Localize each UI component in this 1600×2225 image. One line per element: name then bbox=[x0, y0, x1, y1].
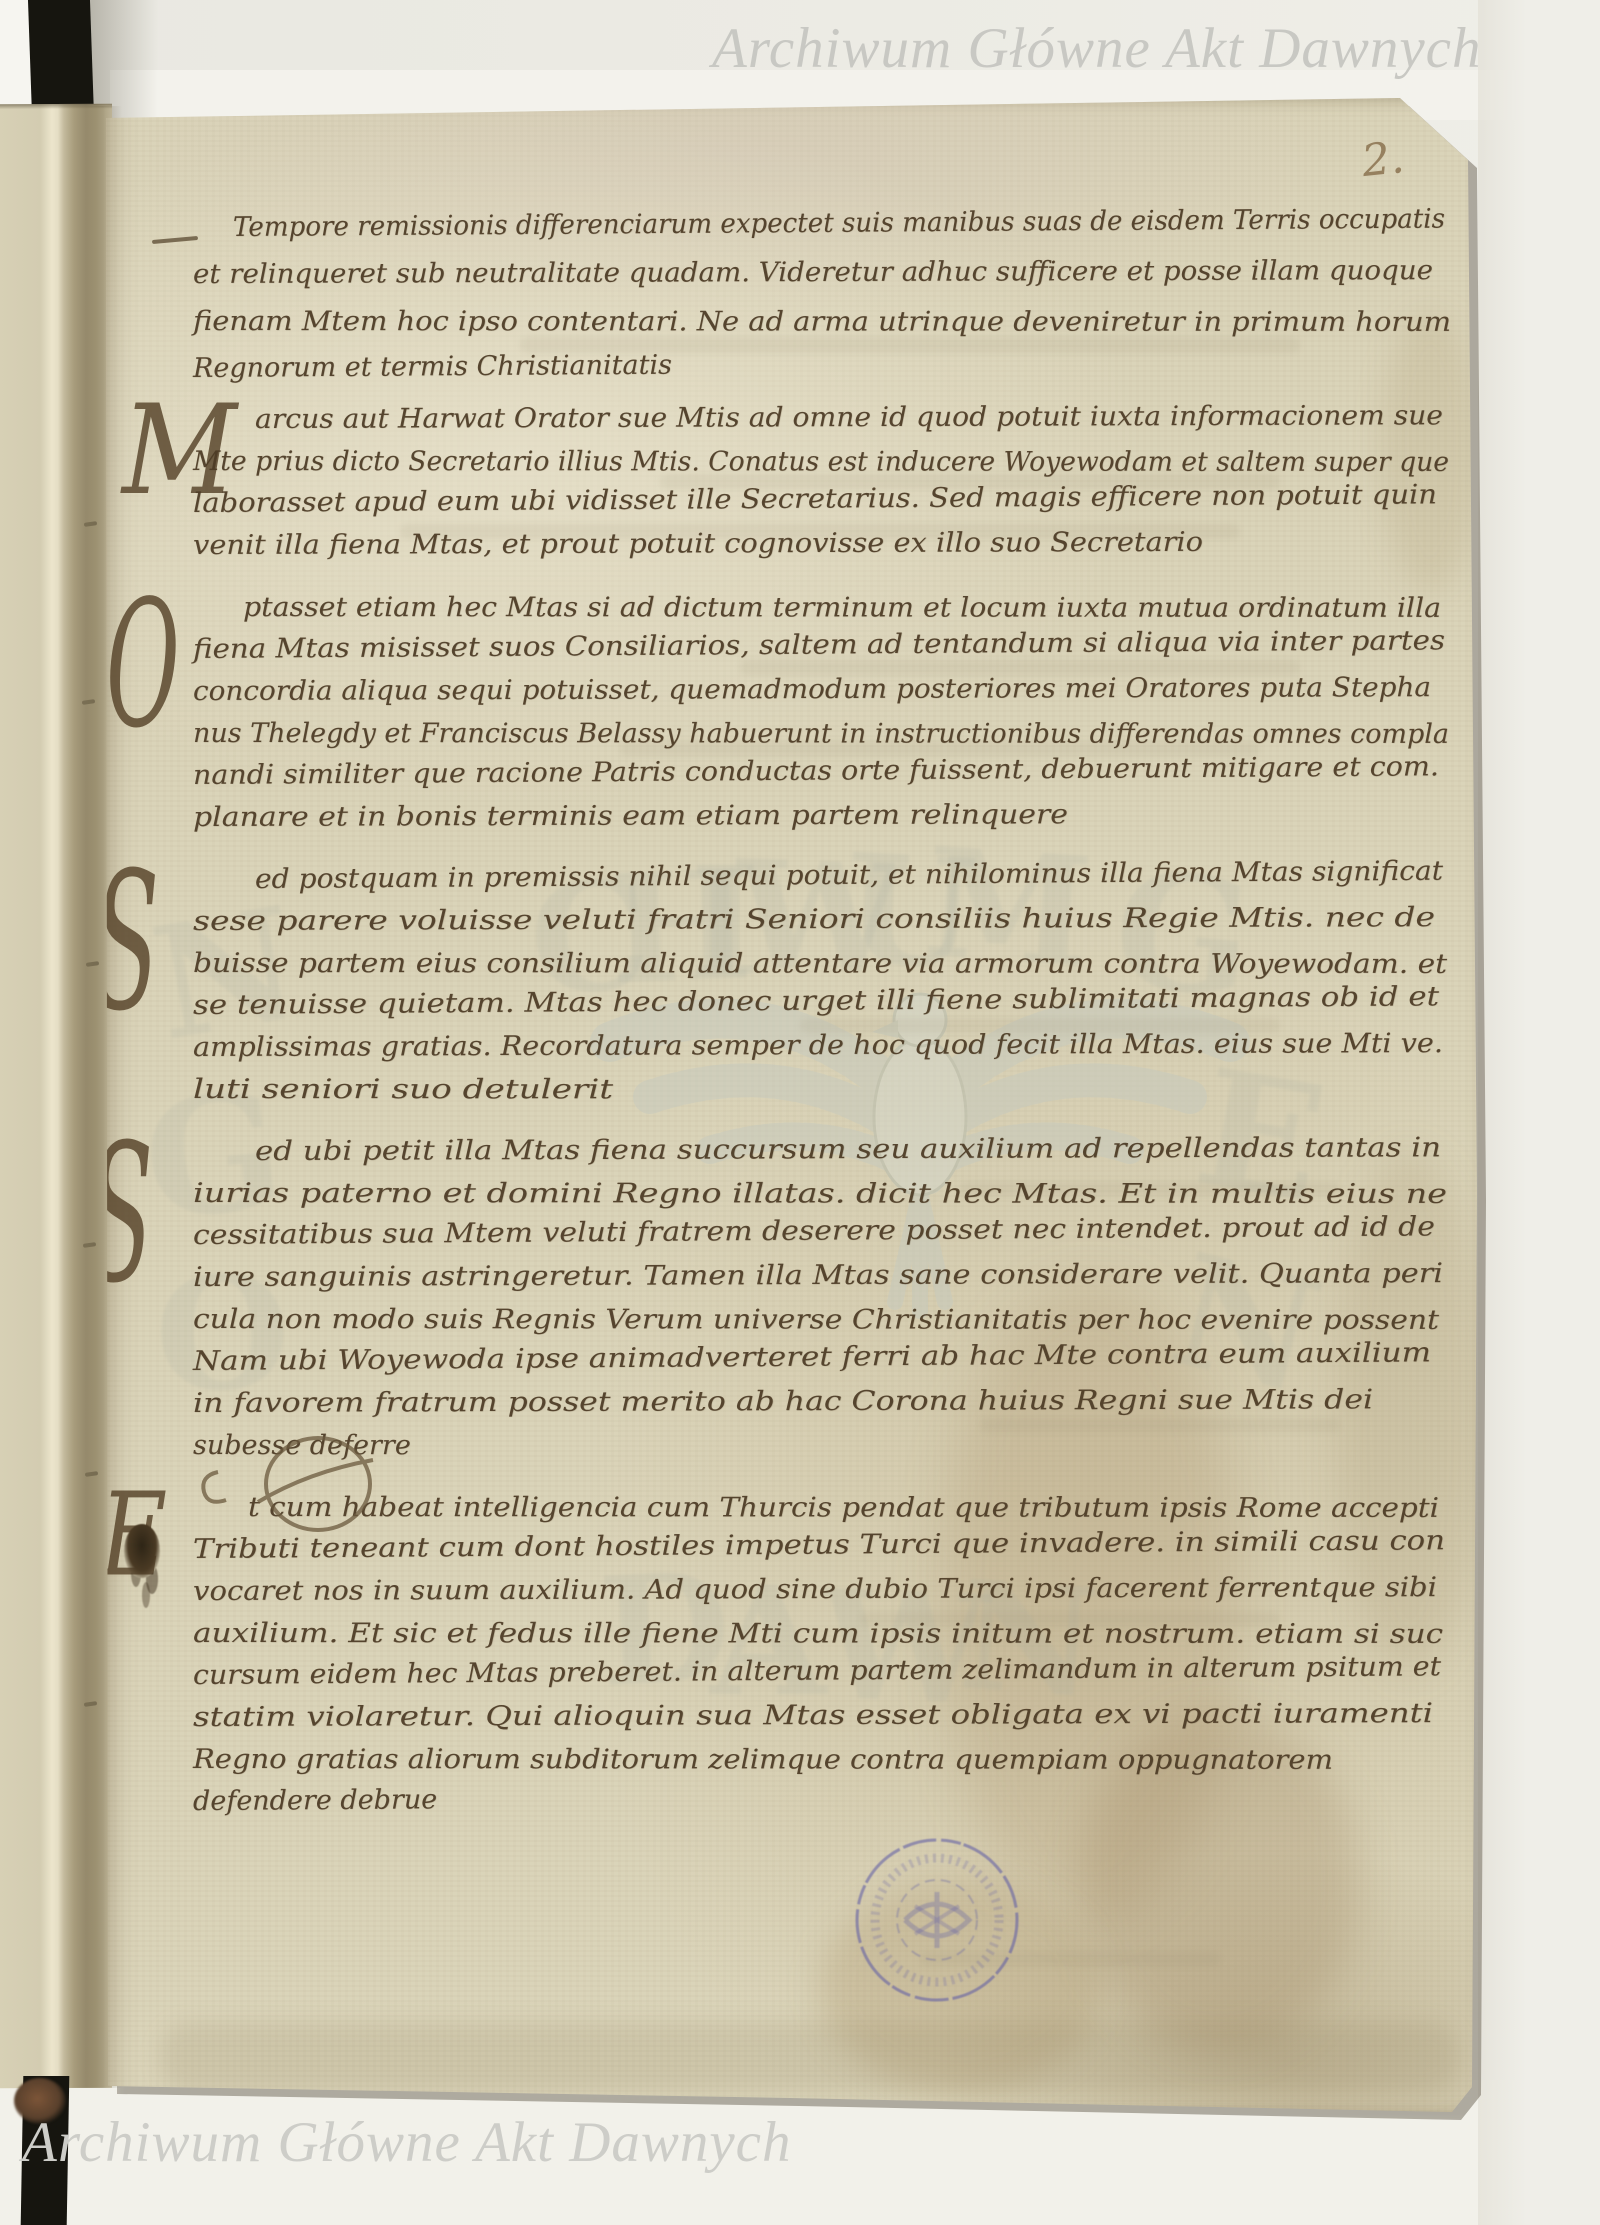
manuscript-line: amplissimas gratias. Recordatura semper … bbox=[193, 1028, 1443, 1063]
book-spine-top bbox=[28, 0, 94, 120]
manuscript-line: et relinqueret sub neutralitate quadam. … bbox=[193, 255, 1433, 290]
scanned-manuscript-view: CHIWUMGENNGODAWN 2. Tempore remissionis … bbox=[0, 0, 1600, 2225]
manuscript-line: iurias paterno et domini Regno illatas. … bbox=[193, 1178, 1447, 1210]
manuscript-line: Mte prius dicto Secretario illius Mtis. … bbox=[193, 446, 1449, 478]
manuscript-line: Regno gratias aliorum subditorum zelimqu… bbox=[193, 1744, 1333, 1776]
manuscript-line: Regnorum et termis Christianitatis bbox=[193, 350, 672, 384]
show-through-line bbox=[980, 1418, 1340, 1432]
manuscript-line: in favorem fratrum posset merito ab hac … bbox=[193, 1384, 1373, 1419]
archive-watermark-top: Archiwum Główne Akt Dawnych bbox=[712, 16, 1481, 81]
manuscript-line: buisse partem eius consilium aliquid att… bbox=[193, 948, 1447, 980]
manuscript-line: arcus aut Harwat Orator sue Mtis ad omne… bbox=[255, 400, 1443, 435]
scanner-background-right bbox=[1478, 0, 1600, 2225]
manuscript-line: vocaret nos in suum auxilium. Ad quod si… bbox=[193, 1572, 1437, 1607]
manuscript-line: auxilium. Et sic et fedus ille fiene Mti… bbox=[193, 1618, 1443, 1650]
archive-stamp-icon bbox=[845, 1828, 1029, 2012]
manuscript-line: iure sanguinis astringeretur. Tamen illa… bbox=[193, 1258, 1443, 1293]
manuscript-line: statim violaretur. Qui alioquin sua Mtas… bbox=[193, 1698, 1433, 1733]
paragraph-initial: O bbox=[106, 578, 180, 753]
manuscript-line: concordia aliqua sequi potuisset, quemad… bbox=[193, 672, 1431, 707]
manuscript-line: nus Thelegdy et Franciscus Belassy habue… bbox=[193, 718, 1449, 750]
page-number: 2. bbox=[1359, 132, 1406, 187]
manuscript-line: cula non modo suis Regnis Verum universe… bbox=[193, 1304, 1439, 1336]
manuscript-line: venit illa fiena Mtas, et prout potuit c… bbox=[193, 527, 1203, 561]
manuscript-line: planare et in bonis terminis eam etiam p… bbox=[193, 799, 1068, 833]
ghost-watermark: CHIWUMGENNGODAWN bbox=[100, 92, 1495, 2122]
archive-watermark-bottom: Archiwum Główne Akt Dawnych bbox=[22, 2110, 791, 2175]
manuscript-line: defendere debrue bbox=[193, 1784, 437, 1817]
ink-blot bbox=[124, 1524, 160, 1578]
manuscript-line: t cum habeat intelligencia cum Thurcis p… bbox=[248, 1492, 1439, 1524]
manuscript-page: CHIWUMGENNGODAWN 2. Tempore remissionis … bbox=[100, 92, 1495, 2122]
spine-shadow bbox=[88, 0, 158, 118]
manuscript-line: ed ubi petit illa Mtas fiena succursum s… bbox=[255, 1132, 1441, 1167]
manuscript-line: fienam Mtem hoc ipso contentari. Ne ad a… bbox=[193, 306, 1451, 338]
manuscript-line: luti seniori suo detulerit bbox=[193, 1074, 613, 1105]
initial-flourish bbox=[188, 1432, 378, 1542]
manuscript-line: ptasset etiam hec Mtas si ad dictum term… bbox=[243, 592, 1441, 624]
manuscript-line: sese parere voluisse veluti fratri Senio… bbox=[193, 902, 1435, 937]
